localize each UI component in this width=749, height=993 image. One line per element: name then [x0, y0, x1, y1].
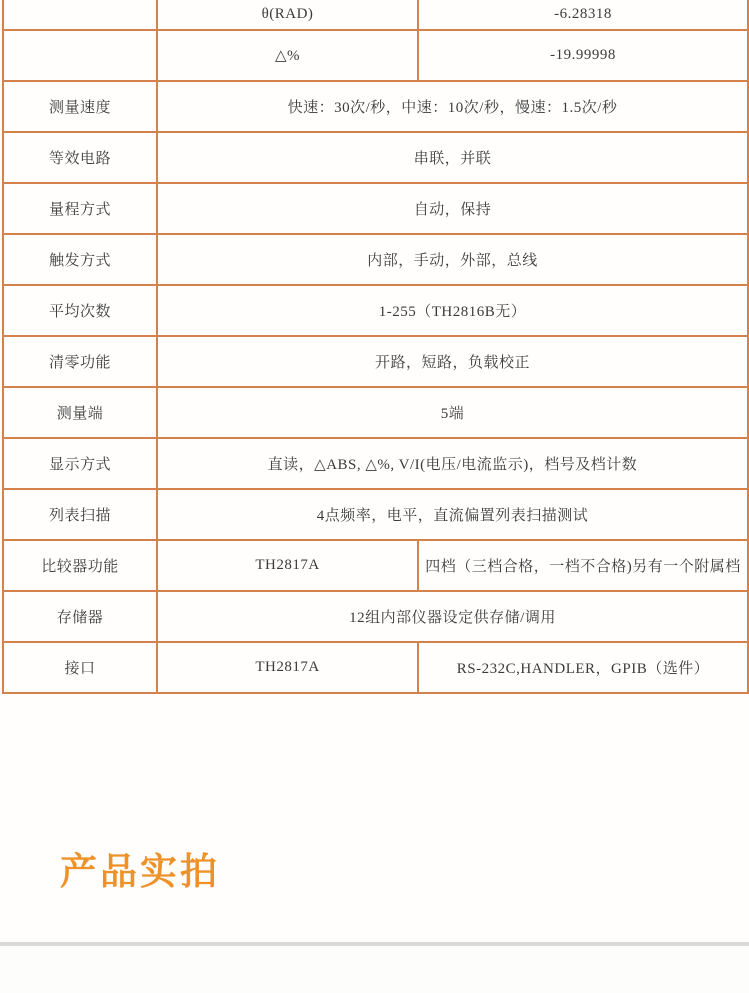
next-section-divider — [0, 942, 749, 993]
spec-row: 列表扫描4点频率，电平，直流偏置列表扫描测试 — [3, 489, 748, 540]
spec-label-cell: 测量端 — [3, 387, 157, 438]
spec-label-cell: 清零功能 — [3, 336, 157, 387]
spec-value-cell: TH2817A — [157, 540, 418, 591]
spec-label-cell: 比较器功能 — [3, 540, 157, 591]
spec-value-cell: -19.99998 — [418, 30, 748, 81]
spec-label-cell: 平均次数 — [3, 285, 157, 336]
spec-row: 平均次数1-255（TH2816B无） — [3, 285, 748, 336]
spec-row: 量程方式自动，保持 — [3, 183, 748, 234]
spec-label-cell — [3, 0, 157, 30]
spec-value-cell: 串联，并联 — [157, 132, 748, 183]
spec-label-cell: 量程方式 — [3, 183, 157, 234]
spec-label-cell: 存储器 — [3, 591, 157, 642]
spec-value-cell: 5端 — [157, 387, 748, 438]
spec-label-cell: 等效电路 — [3, 132, 157, 183]
spec-row: 等效电路串联，并联 — [3, 132, 748, 183]
spec-value-cell: 4点频率，电平，直流偏置列表扫描测试 — [157, 489, 748, 540]
spec-value-cell: TH2817A — [157, 642, 418, 693]
spec-value-cell: θ(RAD) — [157, 0, 418, 30]
section-heading-product-photos: 产品实拍 — [60, 841, 220, 895]
spec-row: 测量速度快速：30次/秒，中速：10次/秒，慢速：1.5次/秒 — [3, 81, 748, 132]
spec-label-cell: 接口 — [3, 642, 157, 693]
spec-row: △%-19.99998 — [3, 30, 748, 81]
spec-value-cell: 12组内部仪器设定供存储/调用 — [157, 591, 748, 642]
spec-row: 显示方式直读，△ABS, △%, V/I(电压/电流监示)，档号及档计数 — [3, 438, 748, 489]
spec-row: 清零功能开路，短路，负载校正 — [3, 336, 748, 387]
spec-label-cell — [3, 30, 157, 81]
specification-table: θ(RAD)-6.28318△%-19.99998测量速度快速：30次/秒，中速… — [2, 0, 749, 694]
spec-value-cell: 四档（三档合格，一档不合格)另有一个附属档 — [418, 540, 748, 591]
spec-value-cell: 内部，手动，外部，总线 — [157, 234, 748, 285]
spec-label-cell: 测量速度 — [3, 81, 157, 132]
spec-value-cell: 开路，短路，负载校正 — [157, 336, 748, 387]
spec-value-cell: RS-232C,HANDLER，GPIB（选件） — [418, 642, 748, 693]
spec-row: θ(RAD)-6.28318 — [3, 0, 748, 30]
spec-value-cell: 1-255（TH2816B无） — [157, 285, 748, 336]
spec-value-cell: △% — [157, 30, 418, 81]
spec-row: 触发方式内部，手动，外部，总线 — [3, 234, 748, 285]
product-spec-page: θ(RAD)-6.28318△%-19.99998测量速度快速：30次/秒，中速… — [0, 0, 749, 993]
spec-label-cell: 列表扫描 — [3, 489, 157, 540]
specification-table-body: θ(RAD)-6.28318△%-19.99998测量速度快速：30次/秒，中速… — [3, 0, 748, 693]
spec-row: 接口TH2817ARS-232C,HANDLER，GPIB（选件） — [3, 642, 748, 693]
spec-label-cell: 触发方式 — [3, 234, 157, 285]
spec-row: 存储器12组内部仪器设定供存储/调用 — [3, 591, 748, 642]
spec-value-cell: 自动，保持 — [157, 183, 748, 234]
spec-value-cell: -6.28318 — [418, 0, 748, 30]
spec-label-cell: 显示方式 — [3, 438, 157, 489]
spec-value-cell: 直读，△ABS, △%, V/I(电压/电流监示)，档号及档计数 — [157, 438, 748, 489]
spec-value-cell: 快速：30次/秒，中速：10次/秒，慢速：1.5次/秒 — [157, 81, 748, 132]
spec-row: 测量端5端 — [3, 387, 748, 438]
spec-row: 比较器功能TH2817A四档（三档合格，一档不合格)另有一个附属档 — [3, 540, 748, 591]
